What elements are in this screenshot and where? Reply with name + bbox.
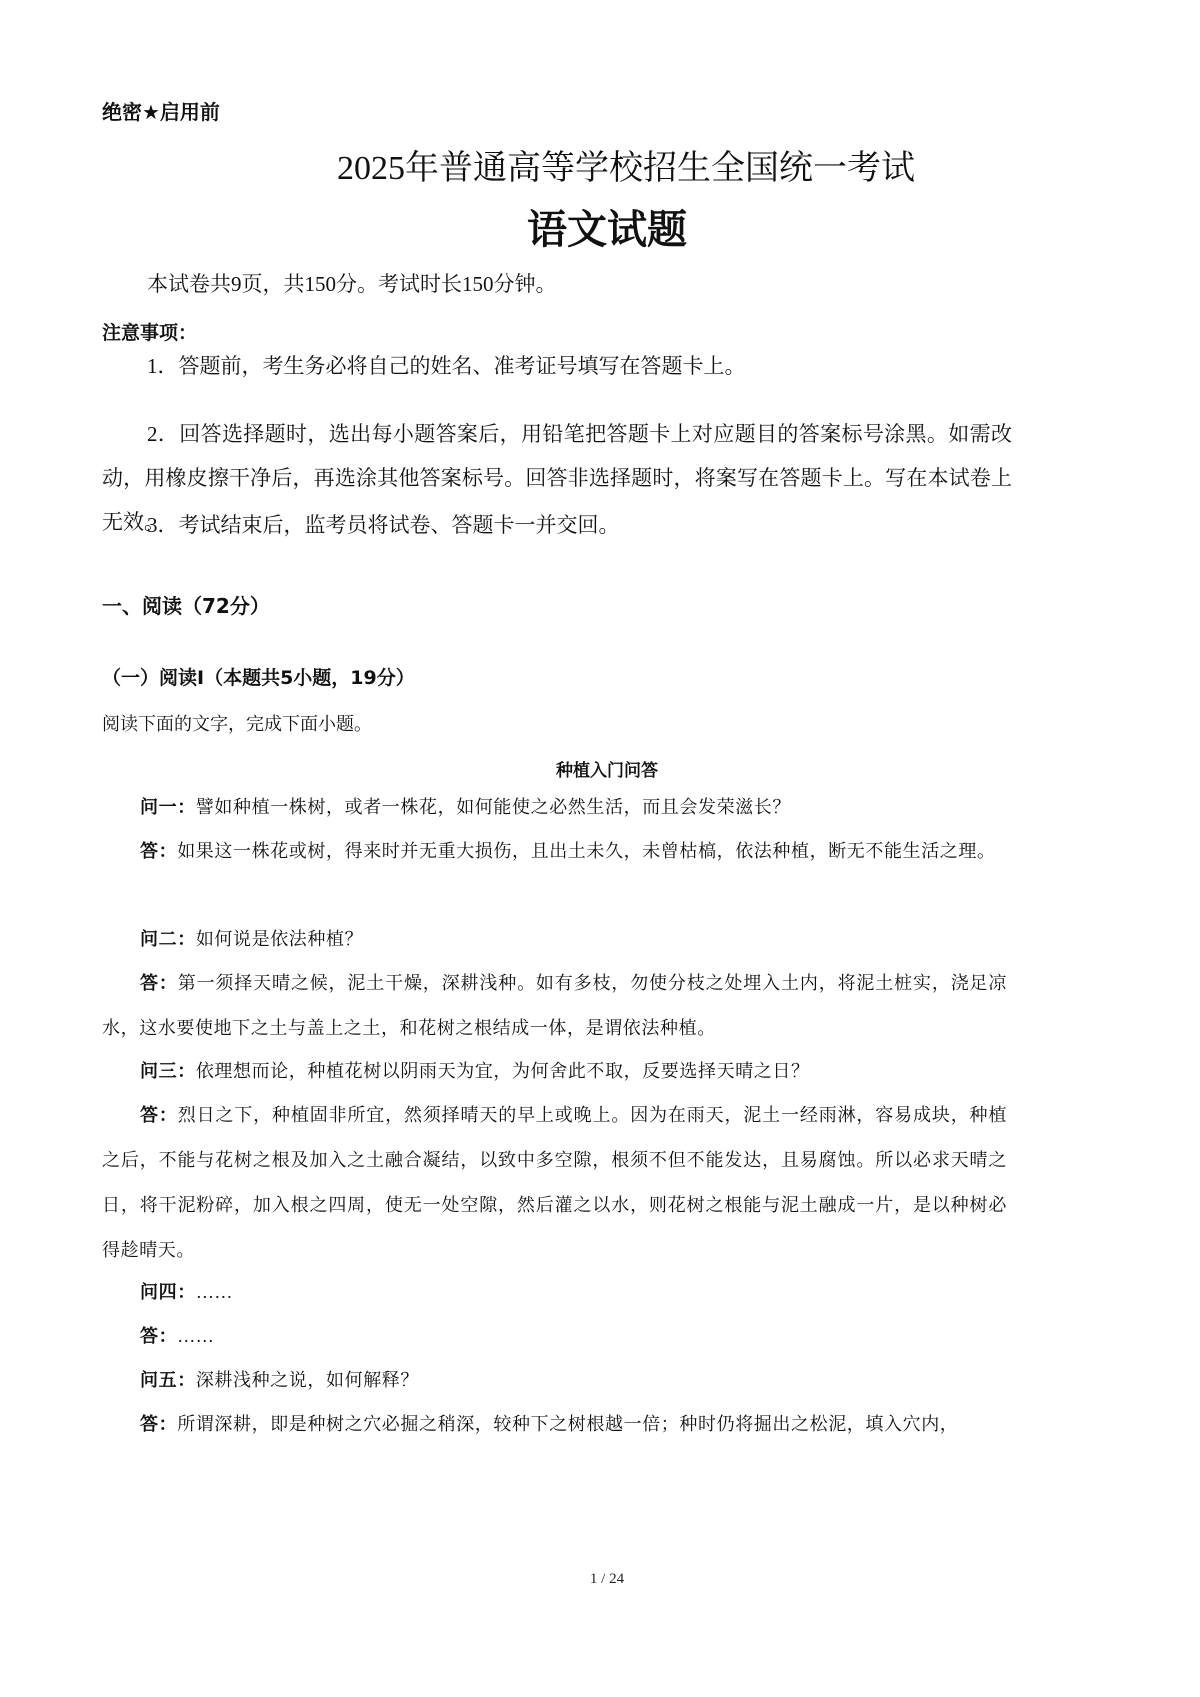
qa-label: 问四：	[140, 1282, 196, 1303]
qa-text: 烈日之下，种植固非所宜，然须择晴天的早上或晚上。因为在雨天，泥土一经雨淋，容易成…	[102, 1105, 1007, 1260]
qa-text: 第一须择天晴之候，泥土干燥，深耕浅种。如有多枝，勿使分枝之处埋入土内，将泥土桩实…	[102, 973, 1007, 1038]
qa-text: 譬如种植一株树，或者一株花，如何能使之必然生活，而且会发荣滋长？	[196, 797, 791, 817]
page-indicator: 1 / 24	[0, 1571, 1200, 1588]
qa-text: 所谓深耕，即是种树之穴必掘之稍深，较种下之树根越一倍；种时仍将掘出之松泥，填入穴…	[177, 1414, 958, 1434]
qa-label: 答：	[140, 1414, 177, 1435]
qa-label: 问三：	[140, 1061, 196, 1082]
section-heading: 一、阅读（72分）	[102, 590, 270, 619]
qa-label: 问五：	[140, 1370, 196, 1391]
passage-title: 种植入门问答	[0, 756, 1200, 781]
subject-title: 语文试题	[0, 198, 1200, 255]
qa-label: 答：	[140, 1326, 177, 1347]
notice-heading: 注意事项：	[102, 318, 197, 345]
passage-question-4: 问四：……	[102, 1270, 1007, 1315]
reading-instruction: 阅读下面的文字，完成下面小题。	[102, 710, 372, 736]
exam-page: 绝密★启用前 2025年普通高等学校招生全国统一考试 语文试题 本试卷共9页，共…	[0, 0, 1200, 1697]
qa-text: 深耕浅种之说，如何解释？	[196, 1370, 419, 1390]
notice-item-3: 3．考试结束后，监考员将试卷、答题卡一并交回。	[102, 503, 1012, 547]
passage-answer-5: 答：所谓深耕，即是种树之穴必掘之稍深，较种下之树根越一倍；种时仍将掘出之松泥，填…	[102, 1402, 1007, 1447]
qa-label: 问二：	[140, 929, 196, 950]
qa-label: 答：	[140, 1105, 178, 1126]
qa-label: 问一：	[140, 797, 196, 818]
qa-label: 答：	[140, 841, 177, 862]
passage-answer-3: 答：烈日之下，种植固非所宜，然须择晴天的早上或晚上。因为在雨天，泥土一经雨淋，容…	[102, 1093, 1007, 1273]
exam-title: 2025年普通高等学校招生全国统一考试	[0, 140, 1200, 189]
qa-text: 依理想而论，种植花树以阴雨天为宜，为何舍此不取，反要选择天晴之日？	[196, 1061, 810, 1081]
passage-question-2: 问二：如何说是依法种植？	[102, 917, 1007, 962]
qa-text: 如果这一株花或树，得来时并无重大损伤，且出土未久，未曾枯槁，依法种植，断无不能生…	[177, 841, 995, 861]
passage-answer-1: 答：如果这一株花或树，得来时并无重大损伤，且出土未久，未曾枯槁，依法种植，断无不…	[102, 829, 1007, 874]
passage-question-5: 问五：深耕浅种之说，如何解释？	[102, 1358, 1007, 1403]
confidential-mark: 绝密★启用前	[102, 96, 220, 125]
qa-text: ……	[196, 1282, 233, 1302]
subsection-heading: （一）阅读I（本题共5小题，19分）	[102, 663, 415, 690]
passage-answer-2: 答：第一须择天晴之候，泥土干燥，深耕浅种。如有多枝，勿使分枝之处埋入土内，将泥土…	[102, 961, 1007, 1051]
notice-item-1: 1．答题前，考生务必将自己的姓名、准考证号填写在答题卡上。	[102, 344, 1012, 388]
passage-question-3: 问三：依理想而论，种植花树以阴雨天为宜，为何舍此不取，反要选择天晴之日？	[102, 1049, 1007, 1094]
qa-label: 答：	[140, 973, 178, 994]
passage-answer-4: 答：……	[102, 1314, 1007, 1359]
passage-question-1: 问一：譬如种植一株树，或者一株花，如何能使之必然生活，而且会发荣滋长？	[102, 785, 1007, 830]
qa-text: ……	[177, 1326, 214, 1346]
exam-intro: 本试卷共9页，共150分。考试时长150分钟。	[147, 268, 557, 298]
qa-text: 如何说是依法种植？	[196, 929, 363, 949]
